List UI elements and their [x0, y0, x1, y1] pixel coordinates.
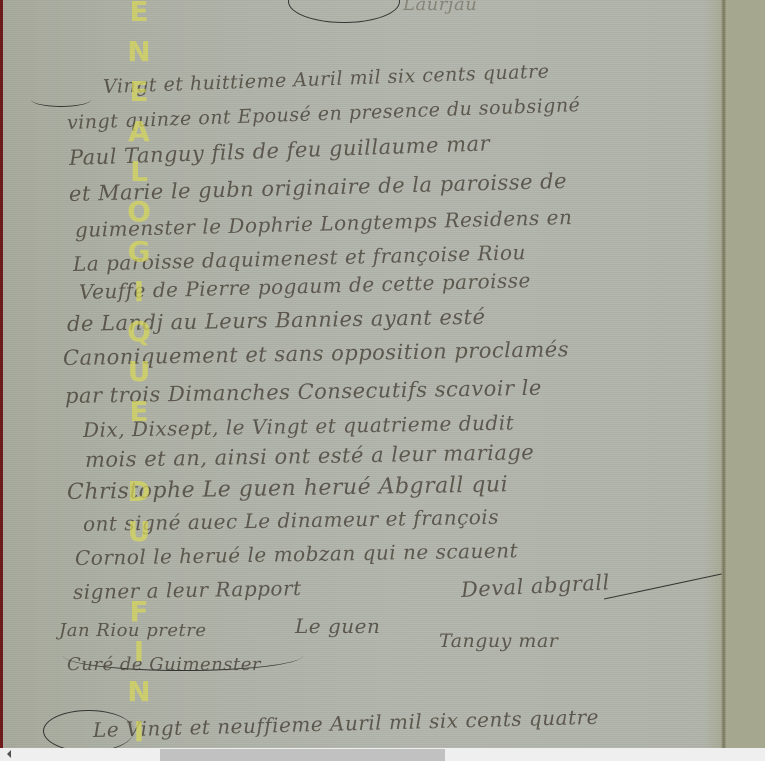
register-line: mois et an, ainsi ont esté a leur mariag… — [85, 440, 535, 472]
register-line: Paul Tanguy fils de feu guillaume mar — [69, 131, 491, 170]
adjacent-page-margin — [726, 0, 765, 748]
top-fragment: Laurjau — [403, 0, 477, 15]
document-image-viewer[interactable]: Laurjau Vingt et huittieme Auril mil six… — [0, 0, 765, 761]
register-line: signer a leur Rapport — [73, 576, 302, 604]
flourish-margin — [31, 92, 91, 107]
register-line: Dix, Dixsept, le Vingt et quatrieme dudi… — [83, 410, 515, 442]
signature: Deval abgrall — [460, 570, 610, 602]
flourish-top — [288, 0, 400, 23]
watermark-letter: E — [129, 0, 148, 32]
watermark-letter: N — [127, 32, 150, 72]
next-entry-line: Le Vingt et neuffieme Auril mil six cent… — [93, 705, 600, 742]
horizontal-scrollbar[interactable] — [3, 748, 765, 761]
register-line: guimenster le Dophrie Longtemps Residens… — [75, 205, 573, 242]
register-line: vingt quinze ont Epousé en presence du s… — [67, 94, 581, 134]
arrow-left-icon[interactable] — [7, 750, 11, 758]
scrollbar-thumb[interactable] — [160, 749, 445, 761]
signature: Jan Riou pretre — [59, 620, 207, 641]
register-line: de Landj au Leurs Bannies ayant esté — [67, 305, 486, 336]
signature: Le guen — [295, 614, 380, 638]
register-line: Christophe Le guen herué Abgrall qui — [67, 472, 509, 505]
register-line: ont signé auec Le dinameur et françois — [83, 505, 499, 536]
signature: Tanguy mar — [439, 630, 558, 652]
watermark-letter: N — [127, 672, 150, 712]
scanned-register-page[interactable]: Laurjau Vingt et huittieme Auril mil six… — [3, 0, 765, 748]
signature-underline — [604, 574, 722, 602]
signature: Curé de Guimenster — [67, 654, 261, 675]
register-line: Cornol le herué le mobzan qui ne scauent — [75, 538, 519, 570]
register-line: Vingt et huittieme Auril mil six cents q… — [103, 60, 550, 98]
register-line: par trois Dimanches Consecutifs scavoir … — [65, 376, 542, 408]
register-line: et Marie le gubn originaire de la parois… — [69, 169, 568, 206]
register-line: Canoniquement et sans opposition proclam… — [63, 337, 569, 370]
